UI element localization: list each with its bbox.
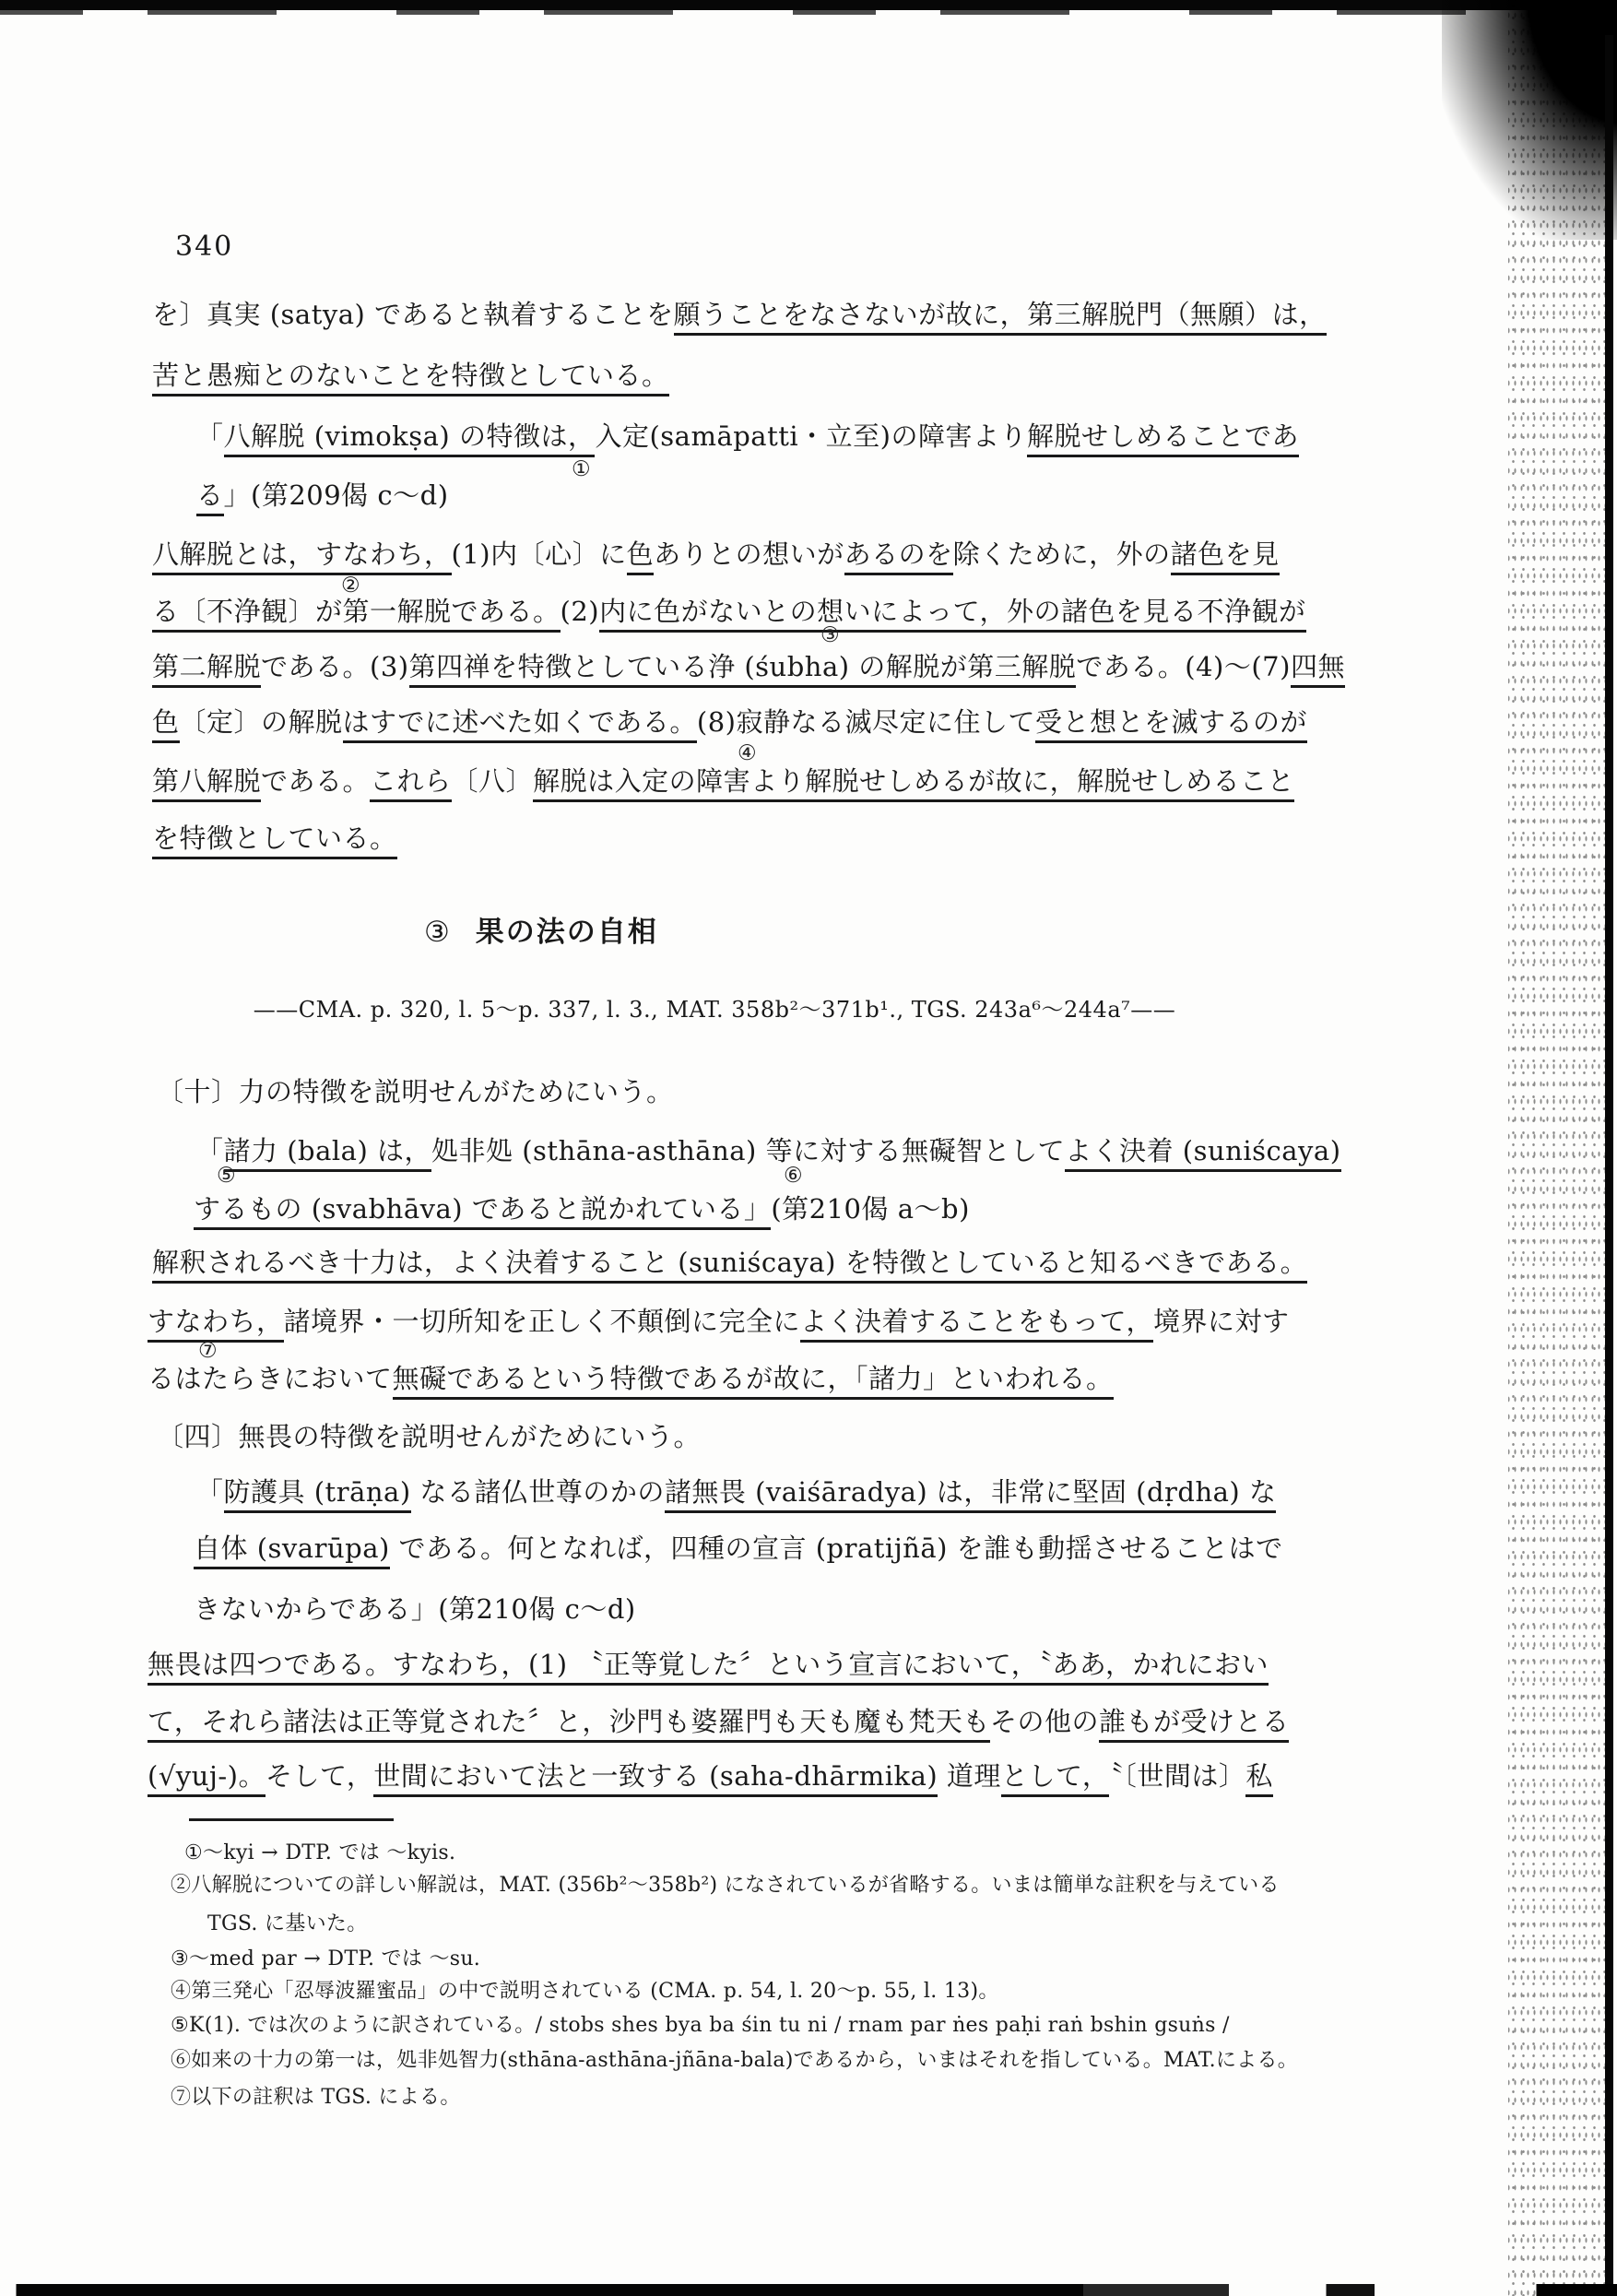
text-segment: (8)寂静なる滅尽定に住して [697,706,1035,738]
text-segment: 〔四〕無畏の特徴を説明せんがためにいう。 [157,1421,701,1452]
underlined-text-segment: を特徴としている。 [152,823,397,859]
scan-artifact-right-edge [1605,35,1613,2296]
footnote-line: ③～med par → DTP. では ～su. [171,1946,480,1973]
footnote-line: ⑥如来の十力の第一は，処非処智力(sthāna-asthāna-jñāna-ba… [171,2047,1298,2075]
underlined-text-segment: よく決着することをもって， [800,1306,1153,1343]
text-segment: 〝〔世間は〕 [1109,1760,1245,1792]
underlined-text-segment: 防護具 (trāṇa) [224,1476,411,1513]
footnote-marker: ⑤ [217,1164,236,1188]
body-text-line: 第八解脱である。これら〔八〕解脱は入定の障害より解脱せしめるが故に，解脱せしめる… [152,762,1294,800]
scan-artifact-top-edge-noise [0,10,1617,15]
underlined-text-segment: 苦と愚痴とのないことを特徴としている。 [152,360,669,396]
body-text-line: 自体 (svarūpa) である。何となれば，四種の宣言 (pratijñā) … [194,1529,1283,1568]
footnote-marker: ① [572,457,591,481]
text-segment: 道理 [938,1760,1001,1792]
footnote-marker: ③ [820,623,840,647]
text-segment: きないからである」(第210偈 c～d) [194,1593,636,1625]
underlined-text-segment: よく決着 (suniścaya) [1065,1135,1340,1172]
text-segment: るはたらきにおいて [148,1363,393,1394]
text-segment: 「 [196,420,224,452]
scan-artifact-right-noise [1508,0,1605,2296]
underlined-text-segment: 誰もが受けとる [1099,1706,1290,1743]
underlined-text-segment: 諸力 (bala) は， [224,1135,431,1172]
body-text-line: を特徴としている。 [152,819,397,858]
body-text-line: て，それら諸法は正等覚された〞と，沙門も婆羅門も天も魔も梵天もその他の誰もが受け… [148,1702,1289,1741]
text-segment: 入定(samāpatti・立至)の障害より [595,420,1027,452]
underlined-text-segment: 受と想とを滅するのが [1035,706,1307,743]
text-segment: 境界に対す [1153,1306,1290,1337]
underlined-text-segment: る [196,479,224,516]
text-segment: 諸境界・一切所知を正しく不顛倒に完全に [284,1306,801,1337]
section-number-circled: ③ [424,916,452,949]
body-text-line: 〔十〕力の特徴を説明せんがためにいう。 [157,1072,674,1111]
footnote-marker: ② [341,574,360,598]
footnote-separator [189,1818,394,1821]
underlined-text-segment: 八解脱 (vimokṣa) の特徴は， [224,420,596,457]
underlined-text-segment: 内に色がないとの想いによって，外の諸色を見る不浄観が [599,596,1305,633]
underlined-text-segment: 自体 (svarūpa) [194,1533,390,1569]
underlined-text-segment: 無礙であるという特徴であるが故に，「諸力」といわれる。 [393,1363,1114,1400]
underlined-text-segment: として， [1001,1760,1109,1797]
body-text-line: 「諸力 (bala) は，処非処 (sthāna-asthāna) 等に対する無… [196,1131,1341,1170]
underlined-text-segment: 沙門も婆羅門も天も魔も梵天も [609,1706,990,1743]
underlined-text-segment: る〔不浄観〕が第一解脱である。 [152,596,561,633]
body-text-line: 八解脱とは，すなわち，(1)内〔心〕に色ありとの想いがあるのを除くために，外の諸… [152,535,1280,574]
body-text-line: る〔不浄観〕が第一解脱である。(2)内に色がないとの想いによって，外の諸色を見る… [152,592,1306,631]
scanned-page: 340 ③果の法の自相 ——CMA. p. 320, l. 5～p. 337, … [0,0,1617,2296]
body-text-line: すなわち，諸境界・一切所知を正しく不顛倒に完全によく決着することをもって，境界に… [148,1302,1289,1341]
footnote-line: ⑤K(1). では次のように訳されている。/ stobs shes bya ba… [171,2012,1230,2040]
body-text-line: を〕真実 (satya) であると執着することを願うことをなさないが故に，第三解… [152,295,1327,334]
footnote-line: ①～kyi → DTP. では ～kyis. [184,1840,455,1867]
text-segment: (第210偈 a～b) [771,1193,970,1225]
underlined-text-segment: はすでに述べた如くである。 [343,706,697,743]
body-text-line: 無畏は四つである。すなわち，(1) 〝正等覚した〞という宣言において，〝ああ，か… [148,1645,1269,1684]
page-number: 340 [175,231,233,263]
text-segment: その他の [990,1706,1099,1737]
footnote-line: ⑦以下の註釈は TGS. による。 [171,2084,461,2112]
text-segment: である。(3) [261,651,409,682]
underlined-text-segment: 願うことをなさないが故に，第三解脱門（無願）は， [674,299,1327,336]
text-segment: である。(4)～(7) [1076,651,1291,682]
body-text-line: 「八解脱 (vimokṣa) の特徴は，入定(samāpatti・立至)の障害よ… [196,417,1299,456]
underlined-text-segment: するもの (svabhāva) であると説かれている」 [194,1193,771,1230]
footnote-line: TGS. に基いた。 [207,1911,368,1938]
text-segment: そして， [266,1760,373,1792]
body-text-line: 第二解脱である。(3)第四禅を特徴としている浄 (śubha) の解脱が第三解脱… [152,647,1345,686]
underlined-text-segment: 解脱せしめることであ [1027,420,1299,457]
underlined-text-segment: 無畏は四つである。すなわち，(1) 〝正等覚した〞という宣言において，〝ああ，か… [148,1649,1269,1686]
text-segment: 〔八〕 [452,765,534,797]
body-text-line: 〔四〕無畏の特徴を説明せんがためにいう。 [157,1417,701,1456]
underlined-text-segment: 色 [152,706,180,743]
underlined-text-segment: 第二解脱 [152,651,261,688]
underlined-text-segment: 八解脱とは，すなわち， [152,538,452,575]
body-text-line: 色〔定〕の解脱はすでに述べた如くである。(8)寂静なる滅尽定に住して受と想とを滅… [152,703,1307,741]
text-segment: を〕真実 (satya) であると執着することを [152,299,674,330]
text-segment: 」(第209偈 c～d) [224,479,449,511]
footnote-line: ②八解脱についての詳しい解説は，MAT. (356b²～358b²) になされて… [171,1872,1280,1900]
underlined-text-segment: 解釈されるべき十力は，よく決着すること (suniścaya) を特徴としている… [152,1247,1307,1284]
underlined-text-segment: 私 [1245,1760,1273,1797]
text-segment: ありとの想いが [654,538,844,570]
text-segment: 処非処 (sthāna-asthāna) 等に対する無礙智として [431,1135,1065,1166]
reference-citation: ——CMA. p. 320, l. 5～p. 337, l. 3., MAT. … [143,991,1286,1024]
body-text-line: るはたらきにおいて無礙であるという特徴であるが故に，「諸力」といわれる。 [148,1359,1114,1398]
text-segment: である。何となれば，四種の宣言 (pratijñā) を誰も動揺させることはで [390,1533,1283,1564]
underlined-text-segment: あるのを [844,538,953,575]
text-segment: なる諸仏世尊のかの [411,1476,665,1508]
text-segment: 「 [196,1135,224,1166]
footnote-line: ④第三発心「忍辱波羅蜜品」の中で説明されている (CMA. p. 54, l. … [171,1978,999,2006]
underlined-text-segment: 第八解脱 [152,765,261,802]
underlined-text-segment: 世間において法と一致する (saha-dhārmika) [373,1760,938,1797]
underlined-text-segment: 四無 [1291,651,1345,688]
body-text-line: きないからである」(第210偈 c～d) [194,1590,636,1628]
underlined-text-segment: 第四禅を特徴としている浄 (śubha) の解脱が第三解脱 [409,651,1077,688]
text-segment: (1)内〔心〕に [452,538,627,570]
text-segment: である。 [261,765,370,797]
body-text-line: 苦と愚痴とのないことを特徴としている。 [152,356,669,395]
text-segment: 除くために，外の [953,538,1171,570]
underlined-text-segment: 色 [627,538,655,575]
footnote-marker: ④ [738,741,757,765]
body-text-line: 解釈されるべき十力は，よく決着すること (suniścaya) を特徴としている… [152,1243,1307,1282]
text-segment: 「 [196,1476,224,1508]
underlined-text-segment: 解脱は入定の障害より解脱せしめるが故に，解脱せしめること [533,765,1294,802]
scan-artifact-bottom-edge [0,2284,1617,2296]
text-segment: 〔定〕の解脱 [180,706,343,738]
body-text-line: (√yuj-)。そして，世間において法と一致する (saha-dhārmika)… [148,1757,1273,1795]
underlined-text-segment: 諸色を見 [1171,538,1280,575]
footnote-marker: ⑥ [784,1164,803,1188]
underlined-text-segment: すなわち， [148,1306,284,1343]
body-text-line: するもの (svabhāva) であると説かれている」(第210偈 a～b) [194,1189,970,1228]
section-heading: ③果の法の自相 [424,908,658,950]
body-text-line: 「防護具 (trāṇa) なる諸仏世尊のかの諸無畏 (vaiśāradya) は… [196,1473,1276,1511]
text-segment: 〔十〕力の特徴を説明せんがためにいう。 [157,1076,674,1107]
body-text-line: る」(第209偈 c～d) [196,476,449,515]
underlined-text-segment: て，それら諸法は正等覚された〞と， [148,1706,609,1743]
underlined-text-segment: (√yuj-)。 [148,1760,266,1797]
footnote-marker: ⑦ [198,1339,218,1363]
underlined-text-segment: これら [370,765,452,802]
scan-artifact-top-edge [0,0,1617,10]
section-title: 果の法の自相 [476,916,658,949]
text-segment: (2) [561,596,600,627]
underlined-text-segment: 諸無畏 (vaiśāradya) は，非常に堅固 (dṛdha) な [665,1476,1277,1513]
